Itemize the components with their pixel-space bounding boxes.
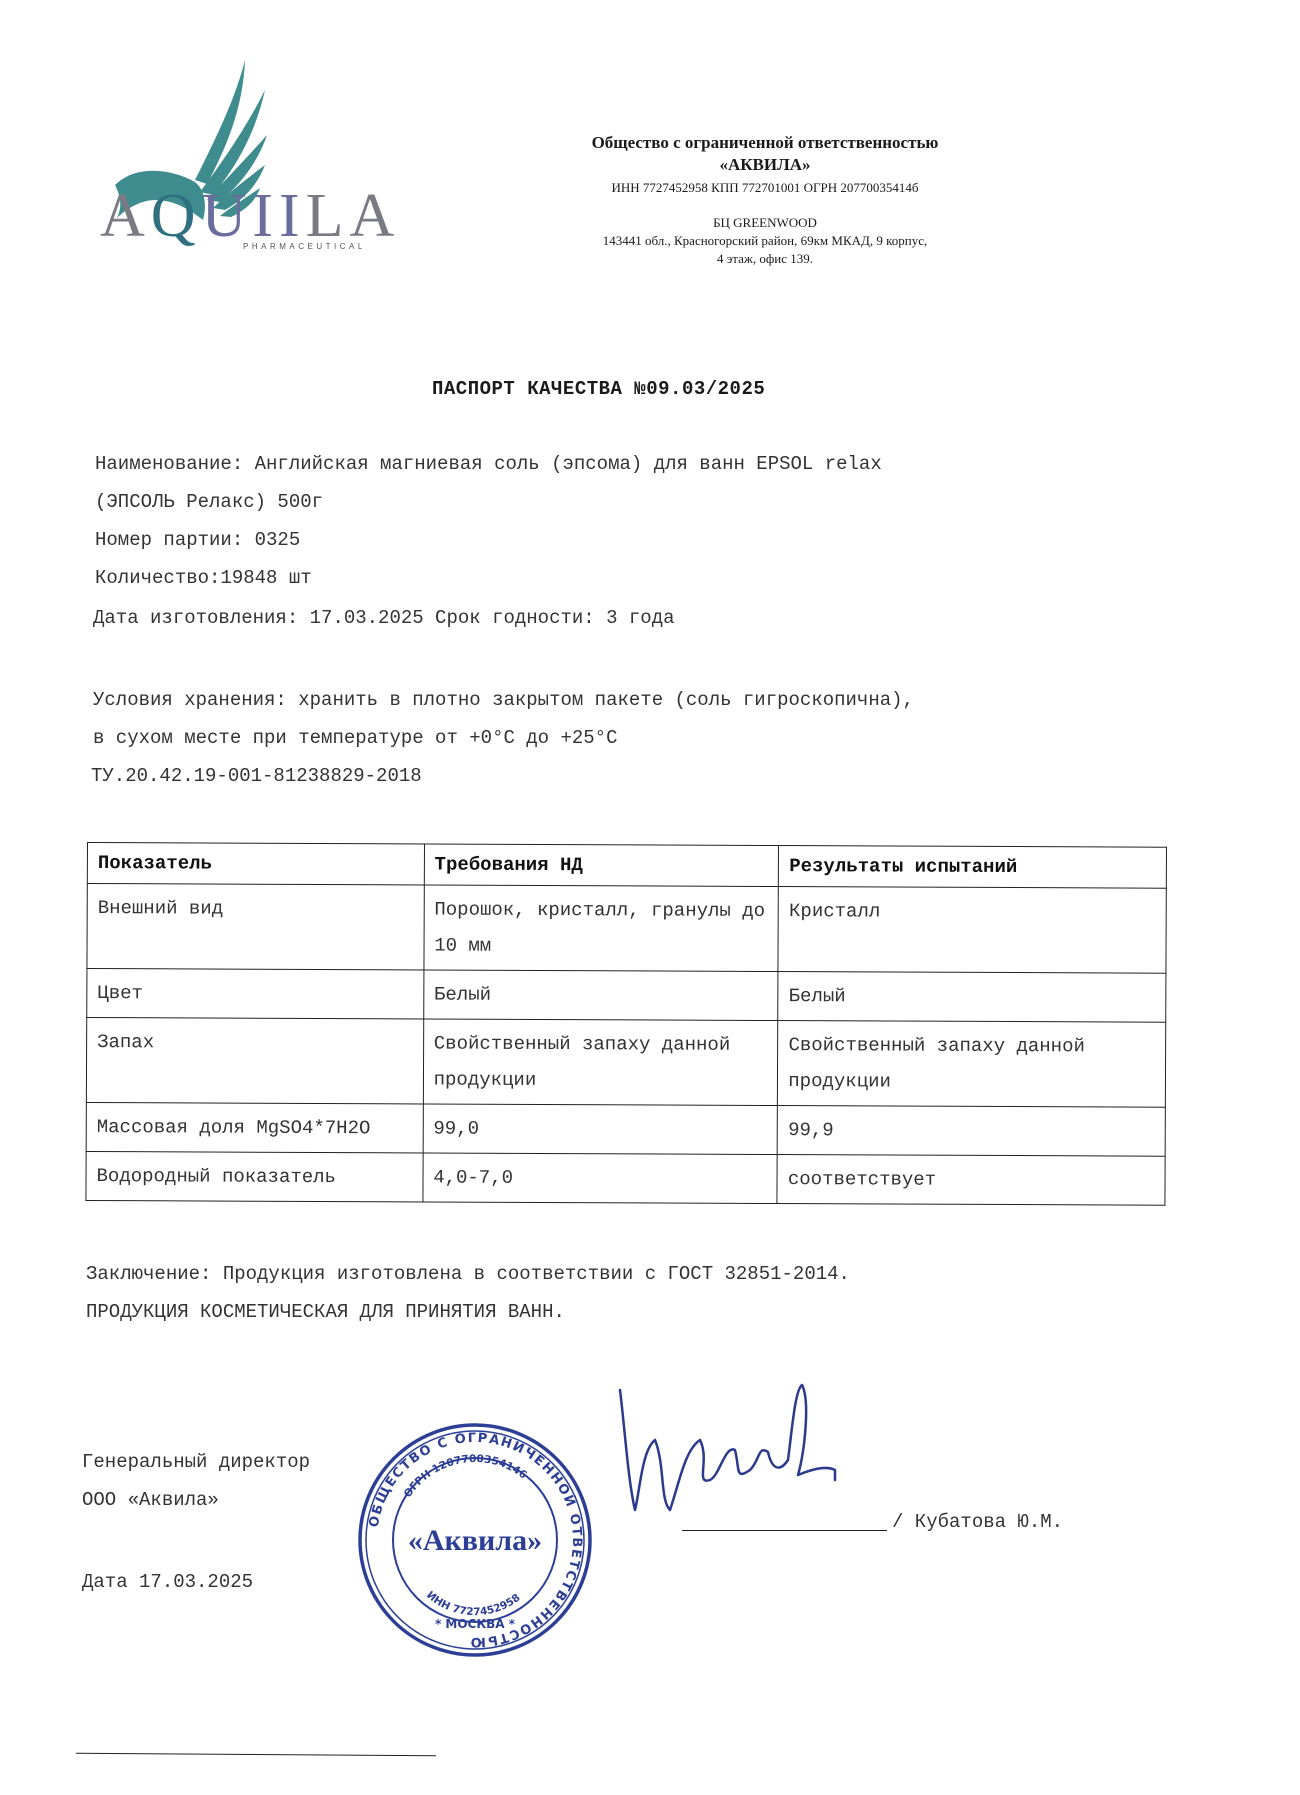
svg-text:* МОСКВА *: * МОСКВА *	[435, 1617, 516, 1631]
cell-result: Свойственный запаху данной продукции	[778, 1021, 1166, 1108]
cell-indicator: Цвет	[87, 969, 424, 1019]
company-registration-numbers: ИНН 7727452958 КПП 772701001 ОГРН 207700…	[520, 178, 1010, 198]
cell-result: соответствует	[777, 1155, 1165, 1206]
company-legal-form: Общество с ограниченной ответственностью	[520, 132, 1010, 154]
cell-requirement: Белый	[423, 970, 778, 1021]
product-name-line2: (ЭПСОЛЬ Релакс) 500г	[95, 490, 323, 514]
document-title: ПАСПОРТ КАЧЕСТВА №09.03/2025	[432, 378, 765, 400]
storage-conditions-line1: Условия хранения: хранить в плотно закры…	[93, 688, 914, 712]
conclusion-line1: Заключение: Продукция изготовлена в соот…	[86, 1262, 850, 1286]
cell-result: Белый	[778, 972, 1166, 1023]
cell-requirement: 99,0	[423, 1104, 778, 1155]
business-center: БЦ GREENWOOD	[520, 214, 1010, 232]
signatory-position: Генеральный директор	[82, 1450, 310, 1474]
company-header: Общество с ограниченной ответственностью…	[520, 132, 1010, 268]
cell-result: Кристалл	[778, 887, 1166, 974]
batch-number: Номер партии: 0325	[95, 528, 300, 552]
company-address-line1: 143441 обл., Красногорский район, 69км М…	[520, 232, 1010, 250]
quantity: Количество:19848 шт	[95, 566, 312, 590]
column-header-requirements: Требования НД	[424, 844, 779, 887]
cell-indicator: Запах	[86, 1018, 423, 1104]
signatory-name: / Кубатова Ю.М.	[892, 1510, 1063, 1534]
company-name: «АКВИЛА»	[520, 154, 1010, 176]
signature-line	[682, 1530, 887, 1531]
quality-test-table: Показатель Требования НД Результаты испы…	[85, 842, 1167, 1206]
cell-indicator: Массовая доля MgSO4*7H2O	[86, 1102, 423, 1152]
table-row: Внешний вид Порошок, кристалл, гранулы д…	[87, 884, 1166, 974]
table-header-row: Показатель Требования НД Результаты испы…	[87, 843, 1166, 889]
table-row: Цвет Белый Белый	[87, 969, 1166, 1023]
logo-wordmark: AQUIILA	[100, 185, 400, 247]
storage-conditions-line2: в сухом месте при температуре от +0°С до…	[93, 726, 618, 750]
handwritten-signature-icon	[610, 1370, 870, 1530]
cell-requirement: 4,0-7,0	[423, 1153, 778, 1204]
cell-indicator: Внешний вид	[87, 884, 424, 970]
company-seal-stamp-icon: ОБЩЕСТВО С ОГРАНИЧЕННОЙ ОТВЕТСТВЕННОСТЬЮ…	[355, 1420, 595, 1660]
column-header-results: Результаты испытаний	[779, 846, 1167, 889]
table-row: Запах Свойственный запаху данной продукц…	[86, 1018, 1165, 1108]
cell-requirement: Порошок, кристалл, гранулы до 10 мм	[424, 885, 779, 972]
cell-requirement: Свойственный запаху данной продукции	[423, 1019, 778, 1106]
cell-indicator: Водородный показатель	[86, 1151, 423, 1201]
company-address-line2: 4 этаж, офис 139.	[520, 250, 1010, 268]
signatory-organization: ООО «Аквила»	[82, 1488, 219, 1512]
signature-date: Дата 17.03.2025	[82, 1570, 253, 1594]
footer-divider-line	[76, 1753, 436, 1757]
technical-spec: ТУ.20.42.19-001-81238829-2018	[91, 764, 422, 788]
table-row: Водородный показатель 4,0-7,0 соответств…	[86, 1151, 1165, 1205]
column-header-indicator: Показатель	[87, 843, 424, 885]
manufacture-and-expiry-dates: Дата изготовления: 17.03.2025 Срок годно…	[93, 606, 675, 630]
cell-result: 99,9	[777, 1106, 1165, 1157]
logo-subtitle: PHARMACEUTICAL	[243, 242, 366, 251]
table-row: Массовая доля MgSO4*7H2O 99,0 99,9	[86, 1102, 1165, 1156]
conclusion-line2: ПРОДУКЦИЯ КОСМЕТИЧЕСКАЯ ДЛЯ ПРИНЯТИЯ ВАН…	[86, 1300, 565, 1324]
svg-text:«Аквила»: «Аквила»	[408, 1524, 542, 1557]
product-name-line1: Наименование: Английская магниевая соль …	[95, 452, 882, 476]
